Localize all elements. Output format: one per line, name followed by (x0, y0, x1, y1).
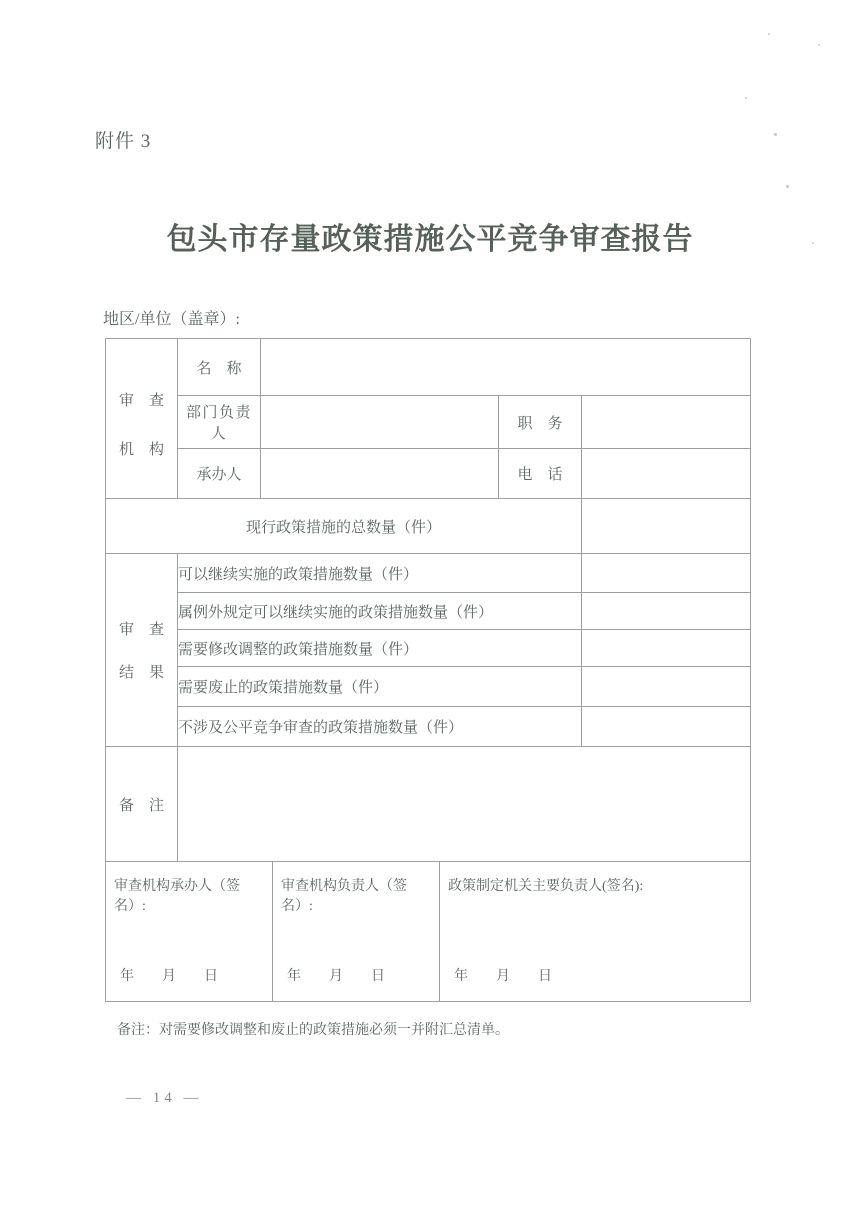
table-row: 审 查 机 构 名 称 (106, 339, 751, 396)
result-item-value-cell (582, 593, 751, 630)
result-item-label: 需要修改调整的政策措施数量（件） (178, 630, 582, 667)
result-item-label: 属例外规定可以继续实施的政策措施数量（件） (178, 593, 582, 630)
table-row: 审查机构承办人（签名）: 年 月 日 审查机构负责人（签名）: 年 月 日 政策… (106, 862, 751, 1002)
phone-label: 电 话 (499, 449, 582, 499)
handler-value-cell (261, 449, 499, 499)
remarks-label: 备 注 (106, 747, 178, 862)
signature-cell-policy-maker-head: 政策制定机关主要负责人(签名): 年 月 日 (439, 862, 750, 1001)
signature-date-line: 年 月 日 (114, 965, 269, 985)
scan-artifact (745, 97, 747, 99)
results-label-line: 审 查 (119, 618, 164, 639)
result-item-value-cell (582, 630, 751, 667)
results-label-line: 结 果 (119, 661, 164, 682)
agency-label-line: 审 查 (119, 389, 164, 410)
region-unit-seal-label: 地区/单位（盖章）: (103, 306, 240, 329)
result-item-value-cell (582, 707, 751, 747)
page-number: — 14 — (126, 1090, 203, 1107)
total-measures-value-cell (582, 499, 751, 554)
table-row: 审 查 结 果 可以继续实施的政策措施数量（件） (106, 554, 751, 593)
result-item-label: 不涉及公平竞争审查的政策措施数量（件） (178, 707, 582, 747)
result-item-value-cell (582, 554, 751, 593)
table-row: 需要修改调整的政策措施数量（件） (106, 630, 751, 667)
total-measures-label: 现行政策措施的总数量（件） (106, 499, 582, 554)
remarks-value-cell (178, 747, 751, 862)
table-row: 现行政策措施的总数量（件） (106, 499, 751, 554)
scanned-document-page: 附件 3 包头市存量政策措施公平竞争审查报告 地区/单位（盖章）: 审 查 机 … (0, 0, 860, 1216)
signature-label: 审查机构承办人（签名）: (114, 875, 269, 915)
table-row: 属例外规定可以继续实施的政策措施数量（件） (106, 593, 751, 630)
agency-label-line: 机 构 (119, 438, 164, 459)
position-label: 职 务 (499, 396, 582, 449)
scan-artifact (818, 44, 820, 46)
scan-artifact (786, 185, 789, 188)
footnote: 备注：对需要修改调整和废止的政策措施必须一并附汇总清单。 (117, 1019, 509, 1039)
scan-artifact (768, 33, 770, 35)
agency-name-value-cell (261, 339, 751, 396)
signature-label: 审查机构负责人（签名）: (281, 875, 436, 915)
dept-head-label: 部门负责人 (178, 396, 261, 449)
signature-cell-agency-head: 审查机构负责人（签名）: 年 月 日 (272, 862, 439, 1001)
agency-name-label: 名 称 (178, 339, 261, 396)
position-value-cell (582, 396, 751, 449)
result-item-label: 可以继续实施的政策措施数量（件） (178, 554, 582, 593)
signature-date-line: 年 月 日 (281, 965, 436, 985)
scan-artifact (774, 133, 777, 136)
table-row: 部门负责人 职 务 (106, 396, 751, 449)
document-title: 包头市存量政策措施公平竞争审查报告 (0, 214, 860, 258)
result-item-label: 需要废止的政策措施数量（件） (178, 667, 582, 707)
results-section-header: 审 查 结 果 (106, 554, 178, 747)
table-row: 不涉及公平竞争审查的政策措施数量（件） (106, 707, 751, 747)
dept-head-value-cell (261, 396, 499, 449)
signature-date-line: 年 月 日 (448, 965, 747, 985)
agency-section-header: 审 查 机 构 (106, 339, 178, 499)
result-item-value-cell (582, 667, 751, 707)
attachment-label: 附件 3 (95, 126, 151, 153)
table-row: 需要废止的政策措施数量（件） (106, 667, 751, 707)
signature-row: 审查机构承办人（签名）: 年 月 日 审查机构负责人（签名）: 年 月 日 政策… (106, 862, 751, 1002)
signature-cell-handler: 审查机构承办人（签名）: 年 月 日 (106, 862, 272, 1001)
table-row: 备 注 (106, 747, 751, 862)
signature-label: 政策制定机关主要负责人(签名): (448, 875, 747, 895)
table-row: 承办人 电 话 (106, 449, 751, 499)
phone-value-cell (582, 449, 751, 499)
handler-label: 承办人 (178, 449, 261, 499)
review-report-table: 审 查 机 构 名 称 部门负责人 职 务 承办人 电 话 现行政 (105, 338, 751, 1002)
